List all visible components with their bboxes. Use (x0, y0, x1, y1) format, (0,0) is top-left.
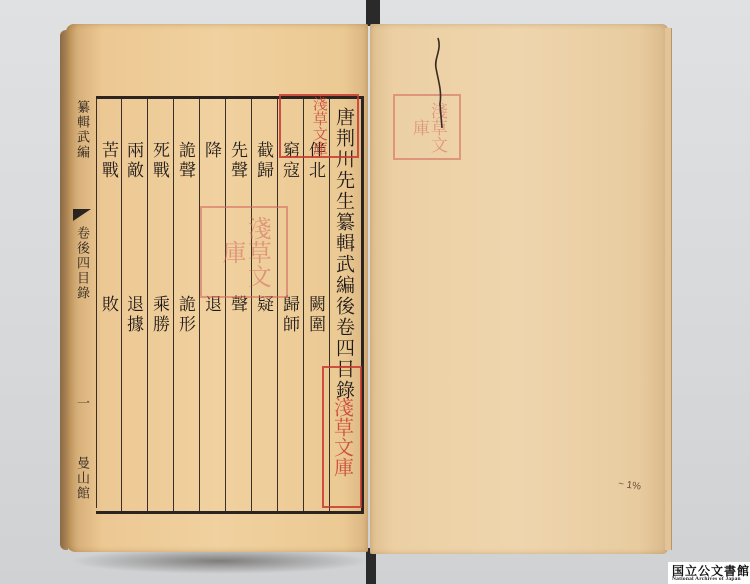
entry: 退 (202, 295, 219, 315)
column-rule (251, 99, 252, 511)
seal-right-page: 淺草文庫 (393, 94, 461, 160)
entry: 死戰 (150, 141, 167, 181)
entry: 闕圍 (306, 295, 323, 335)
seal-center: 淺草文庫 (200, 206, 288, 298)
column-rule (277, 99, 278, 511)
bookmark-string (430, 24, 450, 134)
column-rule (147, 99, 148, 511)
entry: 詭聲 (176, 141, 193, 181)
seal-text: 淺草文庫 (219, 208, 269, 296)
column-rule (199, 99, 200, 511)
margin-middle-text: 卷後四目錄 (75, 226, 88, 301)
entry: 乘勝 (150, 295, 167, 335)
margin-top-text: 纂輯武編 (75, 100, 88, 160)
seal-top-title: 淺草文庫 (279, 94, 359, 158)
entry: 兩敵 (124, 141, 141, 181)
column-rule (173, 99, 174, 511)
margin-bottom-text: 曼山館 (75, 456, 88, 501)
entry: 詭形 (176, 295, 193, 335)
watermark-en: National Archives of Japan (672, 576, 741, 582)
right-page-edge (665, 28, 672, 550)
fishtail-mark (73, 209, 91, 221)
entry: 退據 (124, 295, 141, 335)
spine-top (366, 0, 380, 26)
entry: 苦戰 (99, 141, 116, 181)
column-rule (225, 99, 226, 511)
entry: 敗 (99, 295, 116, 315)
entry: 疑 (254, 295, 271, 315)
seal-bottom-right: 淺草文庫 (322, 366, 362, 508)
entry: 截歸 (254, 141, 271, 181)
entry: 先聲 (228, 141, 245, 181)
entry: 聲 (228, 295, 245, 315)
margin-strip: 纂輯武編 卷後四目錄 一 曼山館 (70, 96, 97, 508)
seal-text: 淺草文庫 (311, 96, 327, 156)
seal-text: 淺草文庫 (332, 397, 353, 477)
column-rule (121, 99, 122, 511)
archive-watermark: 国立公文書館 National Archives of Japan (668, 562, 750, 584)
column-rule (303, 99, 304, 511)
margin-page-number: 一 (75, 396, 88, 411)
entry: 降 (202, 141, 219, 161)
entry: 歸師 (280, 295, 297, 335)
